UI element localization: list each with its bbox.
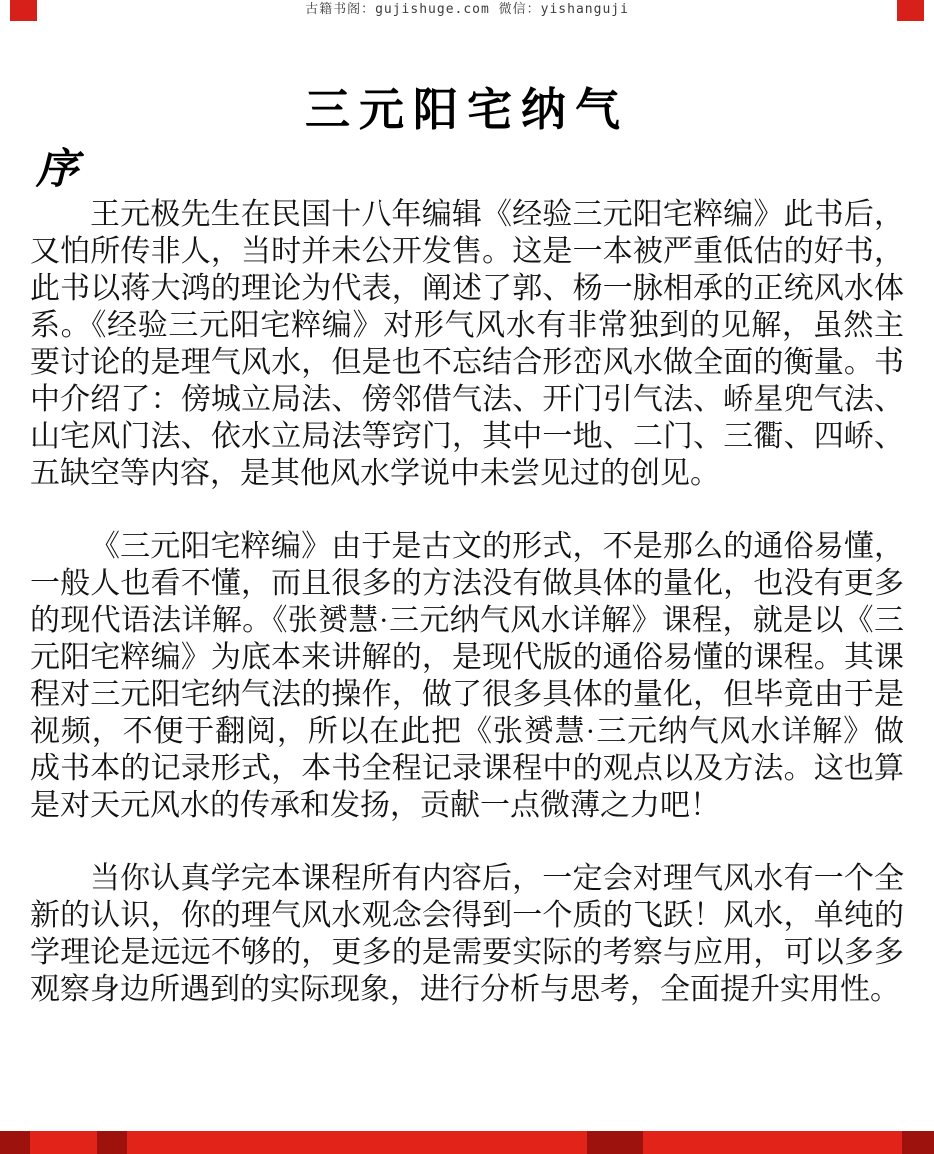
footer-band-segment [587,1131,643,1154]
footer-band-segment [0,1131,30,1154]
paragraph-1: 王元极先生在民国十八年编辑《经验三元阳宅粹编》此书后，又怕所传非人，当时并未公开… [30,196,904,492]
red-footer-band [0,1131,934,1154]
document-title: 三元阳宅纳气 [0,0,934,136]
footer-band-segment [97,1131,127,1154]
site-watermark-text: 古籍书阁：gujishuge.com 微信：yishanguji [305,2,629,17]
document-page: 古籍书阁：gujishuge.com 微信：yishanguji 三元阳宅纳气 … [0,0,934,1154]
section-heading-preface: 序 [36,146,934,194]
footer-band-segment [902,1131,934,1154]
paragraph-2: 《三元阳宅粹编》由于是古文的形式，不是那么的通俗易懂，一般人也看不懂，而且很多的… [30,528,904,824]
page-header: 古籍书阁：gujishuge.com 微信：yishanguji [0,0,934,17]
paragraph-3: 当你认真学完本课程所有内容后，一定会对理气风水有一个全新的认识，你的理气风水观念… [30,860,904,1008]
